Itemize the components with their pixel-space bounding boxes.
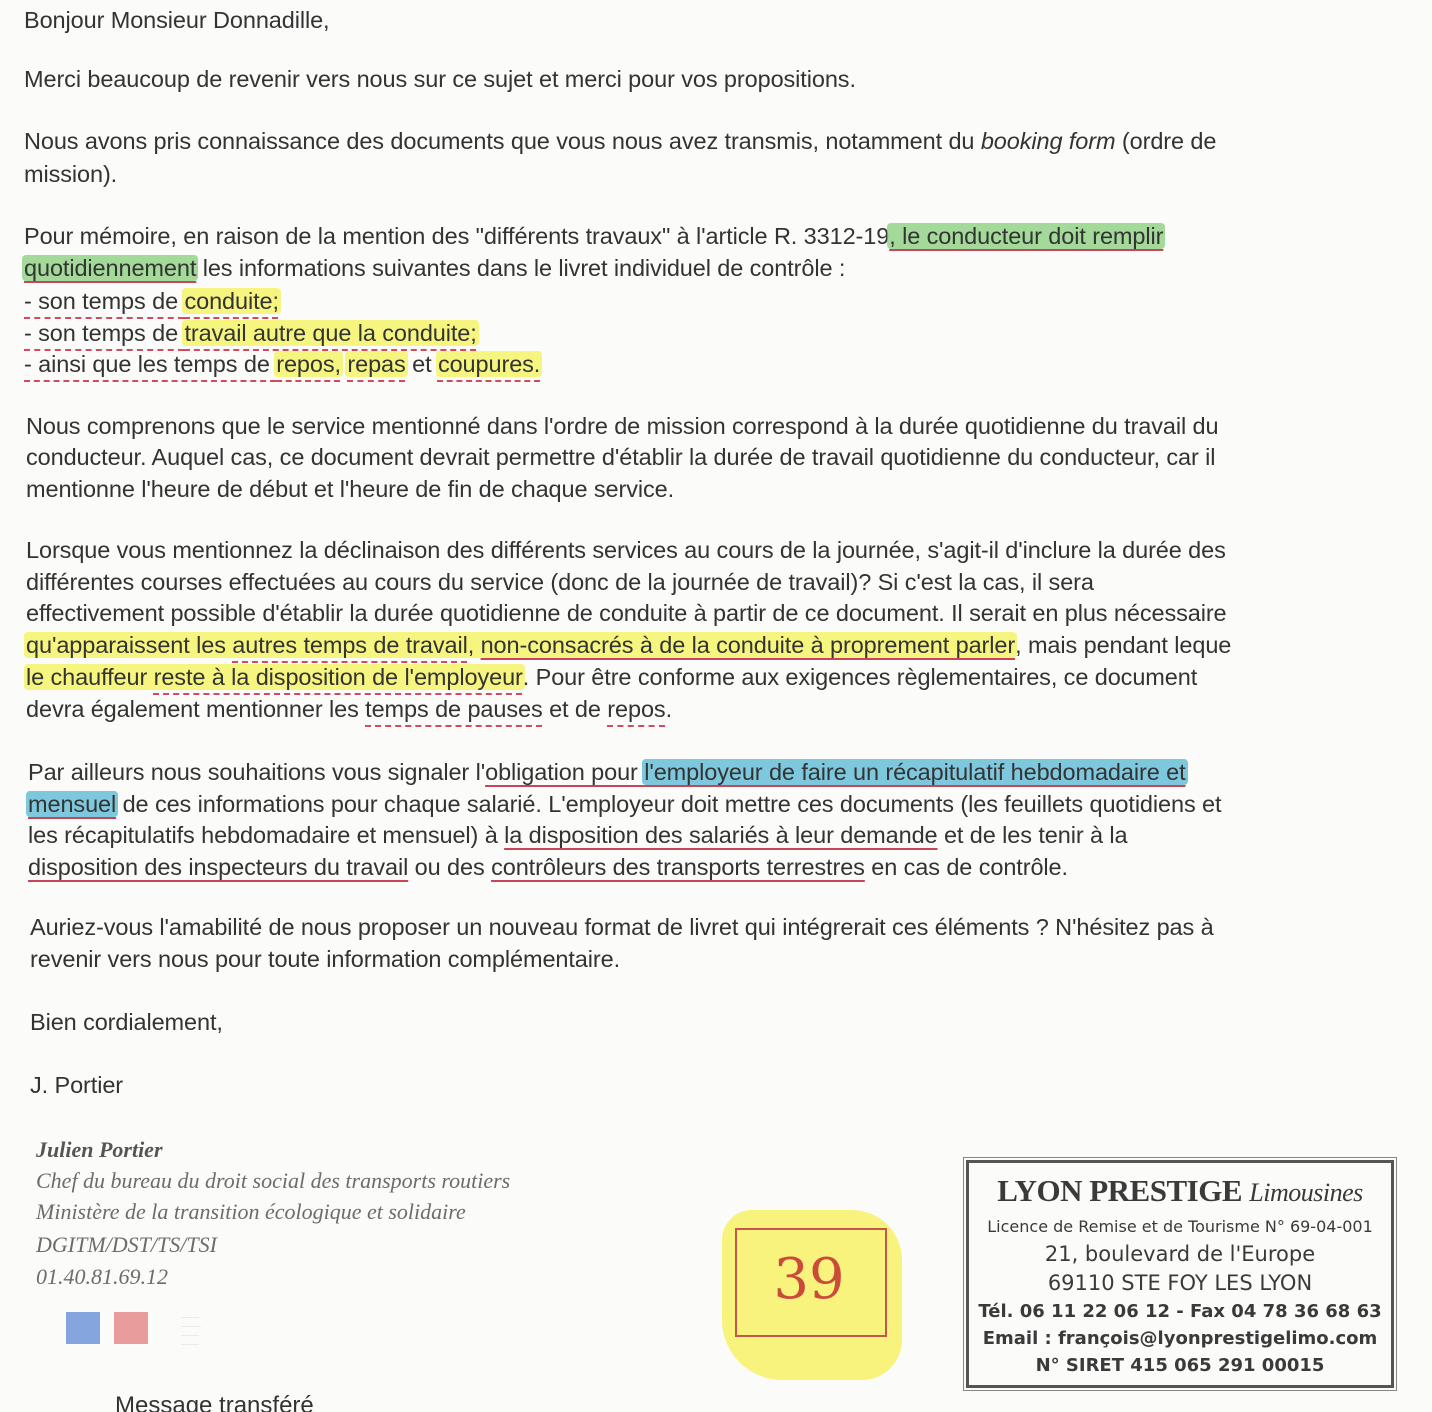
text: le chauffeur [26, 664, 154, 690]
scanned-letter: Bonjour Monsieur Donnadille, Merci beauc… [0, 0, 1432, 1412]
stamp-address-street: 21, boulevard de l'Europe [969, 1240, 1391, 1269]
text: - son temps de [24, 288, 184, 314]
stamp-phone-fax: Tél. 06 11 22 06 12 - Fax 04 78 36 68 63 [969, 1298, 1391, 1325]
company-stamp: LYON PRESTIGE Limousines Licence de Remi… [966, 1160, 1394, 1388]
text: Par ailleurs nous souhaitions vous signa… [28, 759, 485, 785]
text: de ces informations pour chaque salarié.… [116, 791, 1221, 817]
text: obligation pour [485, 759, 644, 785]
text: qu'apparaissent les [26, 632, 232, 658]
signature-ministry: Ministère de la transition écologique et… [36, 1196, 466, 1228]
flag-red-band [114, 1312, 148, 1344]
text: Nous avons pris connaissance des documen… [24, 128, 981, 154]
highlight-yellow: qu'apparaissent les autres temps de trav… [24, 632, 1017, 658]
highlight-yellow: coupures. [436, 351, 542, 377]
text: (ordre de [1115, 128, 1216, 154]
paragraph-obligation-line3: les récapitulatifs hebdomadaire et mensu… [28, 819, 1127, 851]
highlight-green: quotidiennement [22, 255, 198, 281]
paragraph-declination-line6: devra également mentionner les temps de … [26, 693, 672, 725]
text: temps de pauses [365, 696, 542, 722]
paragraph-memo-line1: Pour mémoire, en raison de la mention de… [24, 220, 1163, 252]
text: les récapitulatifs hebdomadaire et mensu… [28, 822, 504, 848]
highlight-yellow: conduite; [182, 288, 280, 314]
forwarded-message-header: Message transféré [115, 1392, 314, 1412]
text: . [666, 696, 672, 722]
paragraph-declination-line3: effectivement possible d'établir la duré… [26, 597, 1227, 629]
logo-caption: ········· ·········· ········· ········· [181, 1314, 201, 1350]
paragraph-service-line3: mentionne l'heure de début et l'heure de… [26, 473, 674, 505]
paragraph-obligation-line1: Par ailleurs nous souhaitions vous signa… [28, 756, 1186, 788]
stamp-address-city: 69110 STE FOY LES LYON [969, 1269, 1391, 1298]
paragraph-obligation-line4: disposition des inspecteurs du travail o… [28, 851, 1068, 883]
list-item: - ainsi que les temps de repos, repas et… [24, 348, 540, 380]
text: disposition des inspecteurs du travail [28, 854, 408, 880]
paragraph-thanks: Merci beaucoup de revenir vers nous sur … [24, 63, 856, 95]
highlight-blue: mensuel [26, 791, 118, 817]
list-item: - son temps de travail autre que la cond… [24, 317, 477, 349]
text: ou des [408, 854, 491, 880]
booking-form-term: booking form [981, 128, 1116, 154]
highlight-yellow: le chauffeur reste à la disposition de l… [24, 664, 525, 690]
text: - ainsi que les temps de [24, 351, 276, 377]
signoff: J. Portier [30, 1069, 123, 1101]
greeting: Bonjour Monsieur Donnadille, [24, 4, 330, 36]
closing: Bien cordialement, [30, 1006, 223, 1038]
text: et [406, 351, 438, 377]
text: la disposition des salariés à leur deman… [504, 822, 937, 848]
paragraph-declination-line5: le chauffeur reste à la disposition de l… [26, 661, 1197, 693]
paragraph-declination-line1: Lorsque vous mentionnez la déclinaison d… [26, 534, 1226, 566]
stamp-company: LYON PRESTIGE [997, 1173, 1242, 1208]
text: devra également mentionner les [26, 696, 365, 722]
paragraph-memo-line2: quotidiennement les informations suivant… [24, 252, 845, 284]
text: autres temps de travail [232, 632, 467, 658]
paragraph-declination-line2: différentes courses effectuées au cours … [26, 566, 1094, 598]
paragraph-request-line2: revenir vers nous pour toute information… [30, 943, 620, 975]
text: et de [543, 696, 608, 722]
highlight-yellow: repos, [274, 351, 343, 377]
marianne-logo-icon: ········· ·········· ········· ········· [66, 1312, 276, 1362]
stamp-licence: Licence de Remise et de Tourisme N° 69-0… [969, 1213, 1391, 1240]
highlight-yellow: travail autre que la conduite; [182, 320, 478, 346]
paragraph-obligation-line2: mensuel de ces informations pour chaque … [28, 788, 1221, 820]
paragraph-documents-line2: mission). [24, 158, 117, 190]
text: non-consacrés à de la conduite à proprem… [481, 632, 1016, 658]
paragraph-service-line1: Nous comprenons que le service mentionné… [26, 410, 1219, 442]
highlight-yellow: repas [345, 351, 407, 377]
highlight-green: , le conducteur doit remplir [887, 223, 1165, 249]
stamp-title: LYON PRESTIGE Limousines [969, 1171, 1391, 1213]
paragraph-declination-line4: qu'apparaissent les autres temps de trav… [26, 629, 1231, 661]
signature-title: Chef du bureau du droit social des trans… [36, 1165, 510, 1197]
text: . Pour être conforme aux exigences règle… [523, 664, 1197, 690]
list-item: - son temps de conduite; [24, 285, 279, 317]
text: reste à la disposition de l'employeur [154, 664, 523, 690]
text: repos [607, 696, 665, 722]
text: , [468, 632, 481, 658]
text: contrôleurs des transports terrestres [491, 854, 865, 880]
stamp-siret: N° SIRET 415 065 291 00015 [969, 1352, 1391, 1379]
paragraph-documents-line1: Nous avons pris connaissance des documen… [24, 125, 1216, 157]
text: Pour mémoire, en raison de la mention de… [24, 223, 889, 249]
paragraph-request-line1: Auriez-vous l'amabilité de nous proposer… [30, 911, 1214, 943]
paragraph-service-line2: conducteur. Auquel cas, ce document devr… [26, 441, 1215, 473]
highlight-blue: l'employeur de faire un récapitulatif he… [642, 759, 1187, 785]
page-number: 39 [735, 1230, 883, 1330]
text: , mais pendant leque [1015, 632, 1231, 658]
text: en cas de contrôle. [865, 854, 1068, 880]
flag-blue-band [66, 1312, 100, 1344]
stamp-email: Email : françois@lyonprestigelimo.com [969, 1325, 1391, 1352]
stamp-company-script: Limousines [1249, 1178, 1362, 1207]
signature-phone: 01.40.81.69.12 [36, 1261, 168, 1293]
text: - son temps de [24, 320, 184, 346]
text: et de les tenir à la [938, 822, 1128, 848]
signature-name: Julien Portier [36, 1134, 163, 1166]
text: les informations suivantes dans le livre… [196, 255, 845, 281]
signature-department: DGITM/DST/TS/TSI [36, 1229, 217, 1261]
